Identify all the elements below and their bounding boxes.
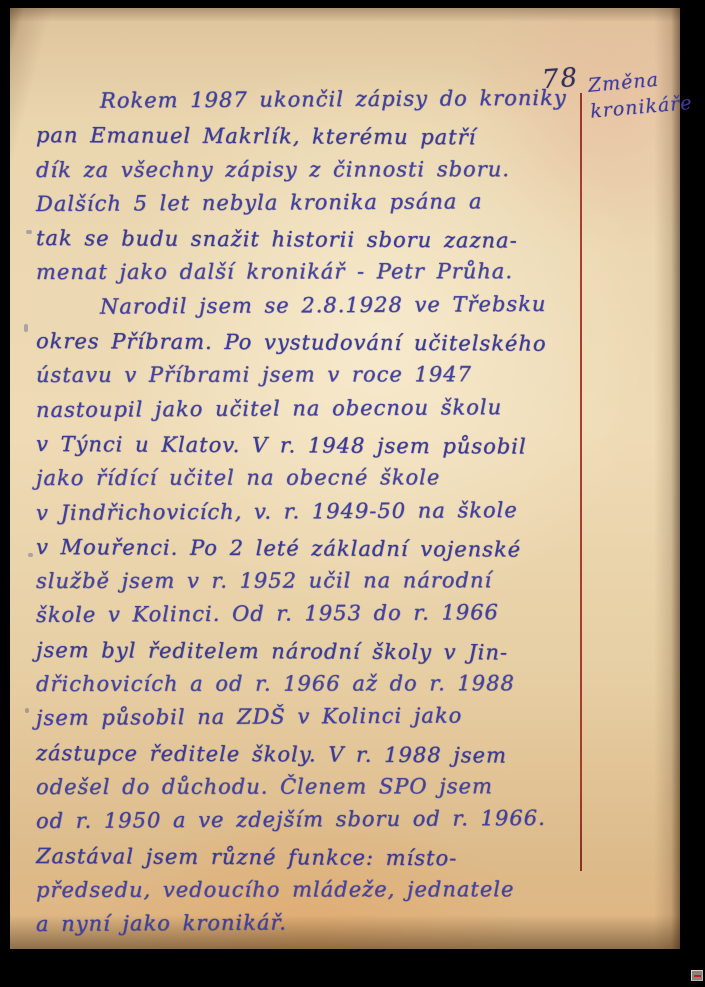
text-line: zástupce ředitele školy. V r. 1988 jsem [36, 736, 581, 773]
text-line: službě jsem v r. 1952 učil na národní [36, 563, 581, 598]
text-line: škole v Kolinci. Od r. 1953 do r. 1966 [36, 595, 581, 633]
text-line: v Mouřenci. Po 2 leté základní vojenské [36, 530, 581, 567]
text-line: tak se budu snažit historii sboru zazna- [36, 221, 581, 258]
text-line: v Jindřichovicích, v. r. 1949-50 na škol… [36, 492, 581, 530]
text-line: jsem byl ředitelem národní školy v Jin- [36, 633, 581, 670]
text-line: jako řídící učitel na obecné škole [36, 460, 581, 495]
text-line: Narodil jsem se 2.8.1928 ve Třebsku [36, 286, 581, 324]
minus-icon-bar [694, 975, 701, 977]
text-line: odešel do důchodu. Členem SPO jsem [36, 769, 581, 804]
text-line: a nyní jako kronikář. [36, 904, 581, 942]
text-line: Rokem 1987 ukončil zápisy do kroniky [36, 81, 581, 119]
text-line: menat jako další kronikář - Petr Průha. [36, 255, 581, 290]
text-line: Zastával jsem různé funkce: místo- [36, 839, 581, 876]
minus-icon[interactable] [691, 970, 703, 981]
text-line: okres Příbram. Po vystudování učitelskéh… [36, 324, 581, 361]
text-line: dík za všechny zápisy z činnosti sboru. [36, 152, 581, 187]
text-line: jsem působil na ZDŠ v Kolinci jako [36, 698, 581, 736]
chronicle-page-scan: 78 Změna kronikáře Rokem 1987 ukončil zá… [10, 8, 680, 949]
text-line: od r. 1950 a ve zdejším sboru od r. 1966… [36, 801, 581, 839]
text-line: nastoupil jako učitel na obecnou školu [36, 389, 581, 427]
text-line: v Týnci u Klatov. V r. 1948 jsem působil [36, 427, 581, 464]
text-line: pan Emanuel Makrlík, kterému patří [36, 118, 581, 155]
handwritten-text-block: Rokem 1987 ukončil zápisy do kroniky pan… [36, 84, 581, 941]
text-line: ústavu v Příbrami jsem v roce 1947 [36, 357, 581, 392]
text-line: předsedu, vedoucího mládeže, jednatele [36, 872, 581, 907]
margin-note: Změna kronikáře [587, 63, 701, 124]
text-line: dřichovicích a od r. 1966 až do r. 1988 [36, 666, 581, 701]
text-line: Dalších 5 let nebyla kronika psána a [36, 184, 581, 222]
